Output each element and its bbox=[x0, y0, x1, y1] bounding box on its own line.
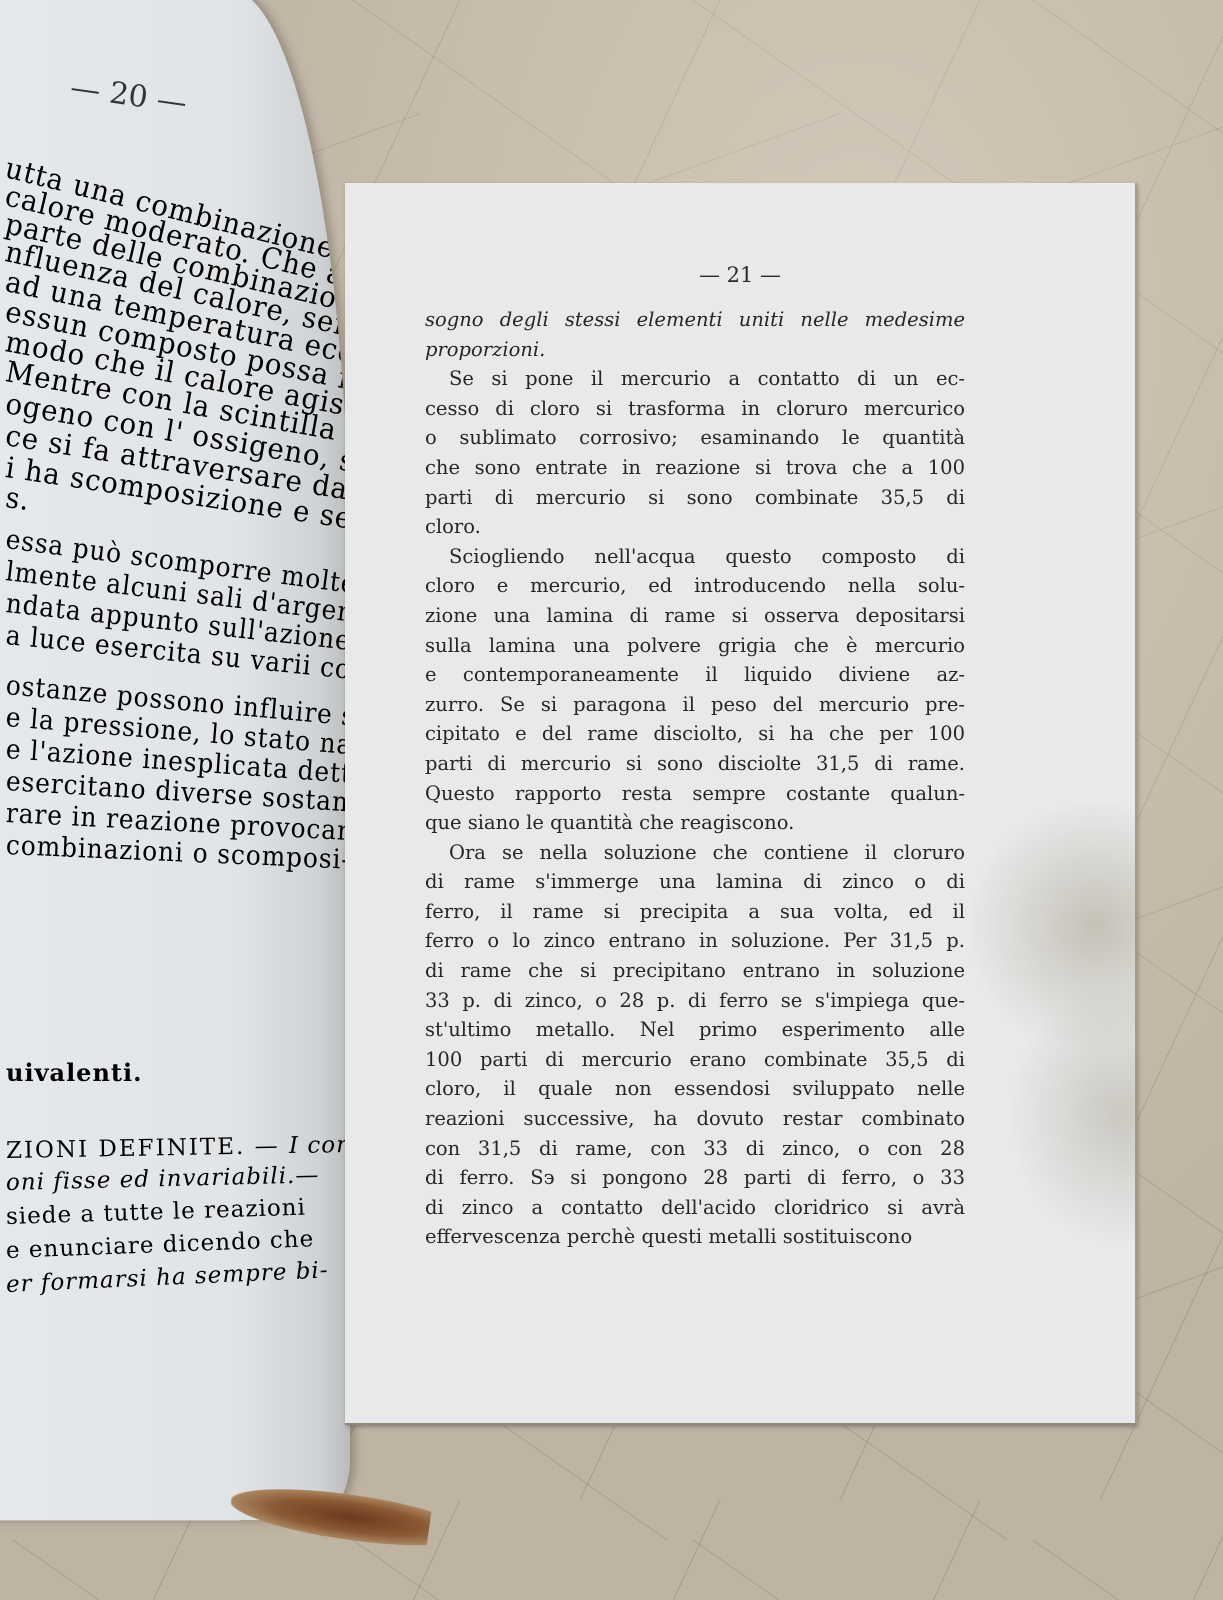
text-run: siede a tutte le reazioni bbox=[6, 1195, 307, 1230]
paragraph: Sciogliendo nell'acqua questo composto d… bbox=[425, 542, 965, 838]
italic-run: er formarsi ha sempre bi- bbox=[5, 1257, 329, 1298]
text-line: zione una lamina di rame si osserva depo… bbox=[425, 601, 965, 631]
text-line: sogno degli stessi elementi uniti nelle … bbox=[425, 305, 965, 335]
italic-run: oni fisse ed invariabili.— bbox=[6, 1162, 320, 1196]
text-line: 100 parti di mercurio erano combinate 35… bbox=[425, 1045, 965, 1075]
text-line: effervescenza perchè questi metalli sost… bbox=[425, 1222, 965, 1252]
section-heading: uivalenti. bbox=[6, 1058, 142, 1087]
text-line: e contemporaneamente il liquido diviene … bbox=[425, 660, 965, 690]
text-line: che sono entrate in reazione si trova ch… bbox=[425, 453, 965, 483]
text-line: cipitato e del rame disciolto, si ha che… bbox=[425, 719, 965, 749]
text-line: di ferro. S϶ si pongono 28 parti di ferr… bbox=[425, 1163, 965, 1193]
text-line: ferro, il rame si precipita a sua volta,… bbox=[425, 897, 965, 927]
text-line: Questo rapporto resta sempre costante qu… bbox=[425, 779, 965, 809]
text-line: sulla lamina una polvere grigia che è me… bbox=[425, 631, 965, 661]
left-page-number: — 20 — bbox=[68, 70, 189, 121]
text-line: cloro e mercurio, ed introducendo nella … bbox=[425, 571, 965, 601]
text-line: parti di mercurio si sono combinate 35,5… bbox=[425, 483, 965, 513]
text-line: proporzioni. bbox=[425, 335, 965, 365]
text-line: di rame che si precipitano entrano in so… bbox=[425, 956, 965, 986]
text-line: con 31,5 di rame, con 33 di zinco, o con… bbox=[425, 1134, 965, 1164]
left-page: — 20 — utta una combinazione che si ecal… bbox=[0, 0, 350, 1520]
right-page-number: — 21 — bbox=[345, 263, 1135, 287]
text-line: er formarsi ha sempre bi- bbox=[5, 1257, 329, 1298]
small-caps-run: ZIONI DEFINITE. — bbox=[6, 1133, 289, 1164]
paragraph: Se si pone il mercurio a contatto di un … bbox=[425, 364, 965, 542]
text-run: e enunciare dicendo che bbox=[6, 1226, 315, 1264]
text-line: cloro. bbox=[425, 512, 965, 542]
text-line: s. bbox=[4, 480, 32, 517]
paragraph: Ora se nella soluzione che contiene il c… bbox=[425, 838, 965, 1252]
text-line: cloro, il quale non essendosi sviluppato… bbox=[425, 1074, 965, 1104]
text-line: ferro o lo zinco entrano in soluzione. P… bbox=[425, 926, 965, 956]
text-line: Ora se nella soluzione che contiene il c… bbox=[425, 838, 965, 868]
text-line: di zinco a contatto dell'acido cloridric… bbox=[425, 1193, 965, 1223]
text-line: ZIONI DEFINITE. — I corpi si bbox=[6, 1131, 350, 1164]
paragraph: sogno degli stessi elementi uniti nelle … bbox=[425, 305, 965, 364]
text-line: siede a tutte le reazioni bbox=[6, 1195, 307, 1230]
text-line: o sublimato corrosivo; esaminando le qua… bbox=[425, 423, 965, 453]
text-line: que siano le quantità che reagiscono. bbox=[425, 808, 965, 838]
text-line: e enunciare dicendo che bbox=[6, 1226, 315, 1264]
text-line: st'ultimo metallo. Nel primo esperimento… bbox=[425, 1015, 965, 1045]
text-line: Se si pone il mercurio a contatto di un … bbox=[425, 364, 965, 394]
text-line: parti di mercurio si sono disciolte 31,5… bbox=[425, 749, 965, 779]
italic-run: I corpi si bbox=[289, 1131, 350, 1159]
text-line: cesso di cloro si trasforma in cloruro m… bbox=[425, 394, 965, 424]
text-line: reazioni successive, ha dovuto restar co… bbox=[425, 1104, 965, 1134]
text-line: zurro. Se si paragona il peso del mercur… bbox=[425, 690, 965, 720]
right-page: — 21 — sogno degli stessi elementi uniti… bbox=[345, 183, 1137, 1425]
right-page-body: sogno degli stessi elementi uniti nelle … bbox=[425, 305, 965, 1252]
text-line: Sciogliendo nell'acqua questo composto d… bbox=[425, 542, 965, 572]
text-line: 33 p. di zinco, o 28 p. di ferro se s'im… bbox=[425, 986, 965, 1016]
text-line: di rame s'immerge una lamina di zinco o … bbox=[425, 867, 965, 897]
text-line: oni fisse ed invariabili.— bbox=[6, 1162, 320, 1196]
